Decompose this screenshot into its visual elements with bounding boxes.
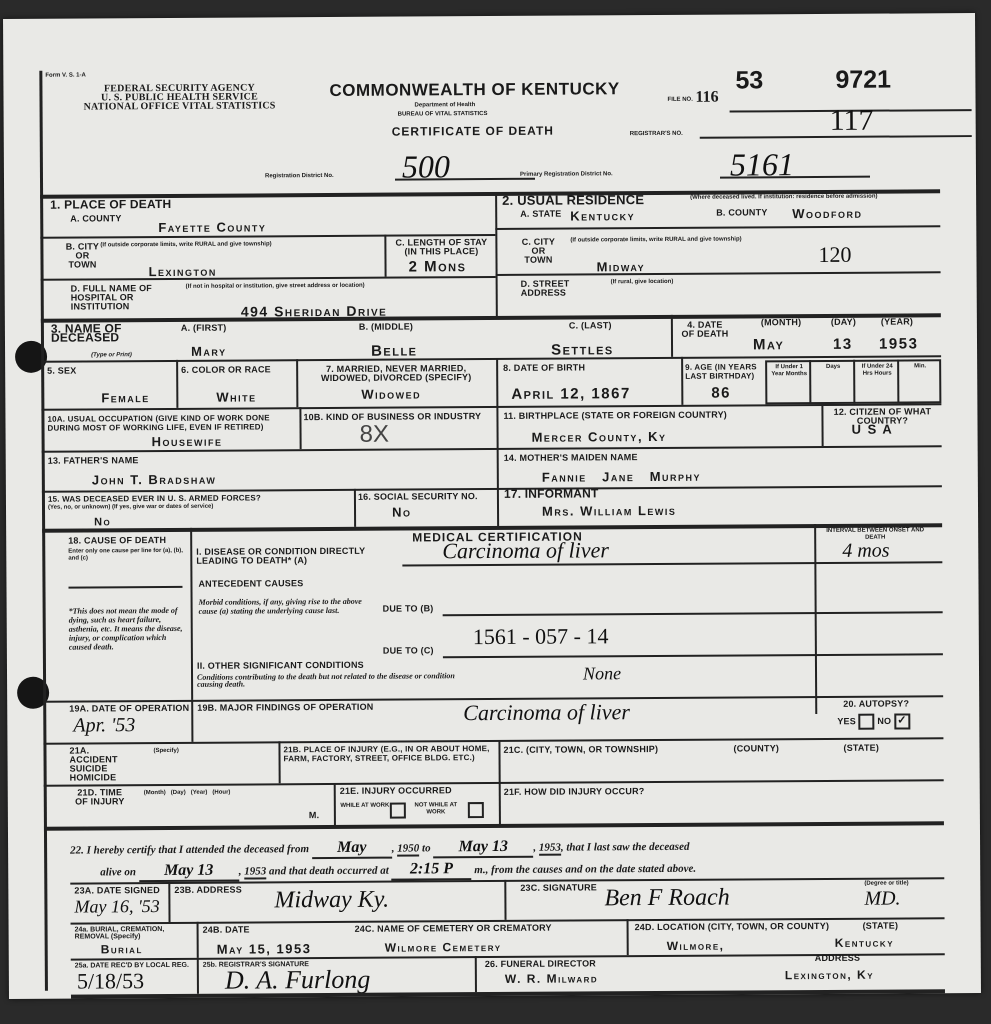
death-day: 13 bbox=[833, 336, 853, 353]
street-note: (If rural, give location) bbox=[611, 279, 674, 286]
injury-county-label: (COUNTY) bbox=[733, 744, 779, 753]
cemetery-label: 24c. NAME OF CEMETERY OR CREMATORY bbox=[355, 924, 552, 934]
occupation-value: Housewife bbox=[152, 434, 223, 449]
marital-status-value: Widowed bbox=[361, 386, 421, 401]
document-title: COMMONWEALTH OF KENTUCKY bbox=[329, 79, 619, 101]
primary-district-label: Primary Registration District No. bbox=[520, 171, 613, 179]
date-of-birth-value: April 12, 1867 bbox=[511, 385, 631, 403]
funeral-director-address: Lexington, Ky bbox=[785, 968, 874, 983]
time-of-injury-columns: (Month) (Day) (Year) (Hour) bbox=[144, 790, 231, 798]
interval-value: 4 mos bbox=[842, 540, 889, 563]
injury-state-label: (STATE) bbox=[843, 744, 879, 753]
funeral-director-value: W. R. Milward bbox=[505, 971, 598, 986]
injury-occurred-label: 21e. INJURY OCCURRED bbox=[340, 786, 452, 796]
year-label: (Year) bbox=[881, 317, 913, 326]
residence-city-note: (If outside corporate limits, write RURA… bbox=[570, 235, 910, 244]
date-of-birth-label: 8. DATE OF BIRTH bbox=[503, 363, 585, 373]
operation-date-value: Apr. '53 bbox=[73, 714, 135, 737]
attended-to-year: 1953 bbox=[539, 842, 561, 856]
armed-forces-note: (Yes, no, or unknown) (If yes, give war … bbox=[48, 503, 388, 512]
operation-findings-value: Carcinoma of liver bbox=[463, 699, 630, 726]
funeral-director-address-label: ADDRESS bbox=[815, 954, 860, 963]
length-of-stay-label: c. LENGTH OF STAY (in this place) bbox=[392, 238, 490, 257]
registrar-signature: D. A. Furlong bbox=[225, 965, 371, 996]
residence-city-label: c. CITY OR TOWN bbox=[520, 238, 556, 265]
physician-address-label: 23b. ADDRESS bbox=[174, 886, 242, 895]
physician-address-value: Midway Ky. bbox=[274, 887, 389, 915]
death-month: May bbox=[753, 336, 784, 353]
antecedent-note: Morbid conditions, if any, giving rise t… bbox=[199, 597, 369, 616]
residence-county-value: Woodford bbox=[792, 206, 862, 221]
residence-city-value: Midway bbox=[596, 259, 645, 274]
registrar-no-label: REGISTRAR'S NO. bbox=[630, 131, 683, 138]
birthplace-label: 11. BIRTHPLACE (State or foreign country… bbox=[503, 411, 727, 421]
autopsy-yes-checkbox[interactable] bbox=[859, 714, 875, 730]
attended-from-year: 1950 bbox=[397, 842, 419, 856]
institution-note: (If not in hospital or institution, give… bbox=[186, 282, 486, 291]
citizen-value: U S A bbox=[851, 422, 893, 437]
race-label: 6. COLOR OR RACE bbox=[181, 365, 271, 375]
cause-of-death-note: Enter only one cause per line for (a), (… bbox=[68, 548, 186, 563]
middle-name-label: b. (Middle) bbox=[359, 322, 413, 331]
informant-label: 17. INFORMANT bbox=[504, 489, 599, 499]
accident-specify: (Specify) bbox=[153, 748, 178, 755]
occupation-label: 10a. USUAL OCCUPATION (Give kind of work… bbox=[47, 413, 297, 433]
county-label: a. COUNTY bbox=[70, 214, 121, 223]
type-or-print-note: (Type or Print) bbox=[91, 352, 132, 359]
usual-residence-label: 2. USUAL RESIDENCE bbox=[502, 195, 644, 205]
month-label: (Month) bbox=[761, 318, 801, 327]
how-injury-label: 21f. HOW DID INJURY OCCUR? bbox=[504, 787, 645, 797]
other-conditions-label: II. OTHER SIGNIFICANT CONDITIONS bbox=[197, 661, 364, 671]
file-no-stamp-number: 9721 bbox=[835, 66, 891, 95]
disease-condition-value: Carcinoma of liver bbox=[442, 537, 609, 564]
age-value: 86 bbox=[711, 385, 731, 402]
registration-district-label: Registration District No. bbox=[265, 173, 334, 180]
antecedent-causes-label: ANTECEDENT CAUSES bbox=[198, 579, 303, 589]
death-year: 1953 bbox=[879, 335, 918, 352]
date-signed-label: 23a. DATE SIGNED bbox=[74, 886, 160, 896]
file-no-stamp-year: 53 bbox=[735, 66, 763, 95]
cemetery-value: Wilmore Cemetery bbox=[385, 940, 502, 955]
residence-city-code: 120 bbox=[818, 242, 851, 268]
burial-type-label: 24a. BURIAL, CREMATION, REMOVAL (Specify… bbox=[75, 926, 195, 941]
while-at-work-label: WHILE AT WORK bbox=[340, 803, 390, 810]
first-name-label: a. (First) bbox=[181, 324, 227, 333]
file-no-prefix: 116 bbox=[695, 89, 718, 107]
file-no-label: FILE NO. bbox=[668, 97, 693, 104]
physician-signature-label: 23c. SIGNATURE bbox=[520, 883, 597, 892]
business-value: 8X bbox=[359, 421, 389, 449]
cause-of-death-label: 18. CAUSE OF DEATH bbox=[68, 536, 166, 546]
while-at-work-checkbox[interactable] bbox=[390, 803, 406, 819]
certification-line-1: 22. I hereby certify that I attended the… bbox=[70, 835, 950, 860]
attended-from-month: May bbox=[312, 839, 392, 859]
birthplace-value: Mercer County, Ky bbox=[532, 429, 667, 445]
informant-value: Mrs. William Lewis bbox=[542, 503, 676, 519]
certificate-type: CERTIFICATE OF DEATH bbox=[392, 124, 554, 139]
last-name-value: Settles bbox=[551, 341, 614, 358]
location-value: Wilmore, bbox=[667, 939, 725, 953]
age-min-label: Min. bbox=[901, 363, 939, 370]
residence-county-label: b. COUNTY bbox=[716, 208, 767, 217]
business-label: 10b. KIND OF BUSINESS OR INDUSTRY bbox=[303, 412, 493, 422]
city-note: (If outside corporate limits, write RURA… bbox=[100, 241, 380, 250]
last-name-label: c. (Last) bbox=[569, 321, 612, 330]
due-to-c-label: DUE TO (c) bbox=[383, 646, 434, 655]
autopsy-options: YES NO ✓ bbox=[837, 713, 910, 729]
injury-city-label: 21c. (CITY, TOWN, OR TOWNSHIP) bbox=[503, 745, 658, 755]
age-days-label: Days bbox=[813, 364, 853, 371]
age-label: 9. AGE (In years last birthday) bbox=[685, 362, 765, 380]
form-number: Form V. S. 1-A bbox=[45, 72, 86, 79]
age-months-label: If Under 1 Year Months bbox=[769, 364, 809, 378]
autopsy-label: 20. AUTOPSY? bbox=[843, 699, 909, 708]
date-signed-value: May 16, '53 bbox=[74, 896, 159, 918]
county-value: Fayette County bbox=[158, 219, 266, 235]
first-name-value: Mary bbox=[191, 344, 227, 359]
institution-label: d. FULL NAME OF HOSPITAL OR INSTITUTION bbox=[71, 284, 181, 312]
not-while-at-work-label: NOT WHILE AT WORK bbox=[408, 802, 464, 816]
operation-date-label: 19a. DATE OF OPERATION bbox=[69, 704, 189, 714]
department-label: Department of Health bbox=[415, 102, 476, 109]
burial-date-label: 24b. DATE bbox=[203, 925, 250, 934]
time-of-injury-label: 21d. TIME OF INJURY bbox=[70, 788, 130, 806]
day-label: (Day) bbox=[831, 318, 856, 327]
middle-name-value: Belle bbox=[371, 342, 418, 359]
burial-type-value: Burial bbox=[101, 942, 143, 956]
other-conditions-note: Conditions contributing to the death but… bbox=[197, 672, 457, 688]
last-seen-alive-date: May 13 bbox=[139, 862, 239, 883]
social-security-label: 16. SOCIAL SECURITY NO. bbox=[358, 492, 493, 502]
place-of-death-label: 1. PLACE OF DEATH bbox=[50, 200, 171, 210]
length-of-stay-value: 2 Mons bbox=[408, 258, 466, 275]
last-seen-alive-year: 1953 bbox=[244, 865, 266, 879]
marital-status-label: 7. MARRIED, NEVER MARRIED, WIDOWED, DIVO… bbox=[301, 364, 491, 383]
time-of-death: 2:15 P bbox=[391, 860, 471, 880]
location-label: 24d. LOCATION (City, town, or county) bbox=[635, 922, 830, 932]
sex-label: 5. SEX bbox=[47, 367, 76, 376]
place-of-injury-label: 21b. PLACE OF INJURY (e.g., in or about … bbox=[283, 744, 493, 763]
physician-signature: Ben F Roach bbox=[604, 885, 729, 913]
accident-label: 21a. ACCIDENT SUICIDE HOMICIDE bbox=[69, 746, 139, 782]
autopsy-no-label: NO bbox=[877, 716, 891, 726]
operation-findings-label: 19b. MAJOR FINDINGS OF OPERATION bbox=[197, 703, 373, 713]
due-to-c-value: 1561 - 057 - 14 bbox=[473, 623, 609, 650]
state-label: a. STATE bbox=[520, 210, 561, 219]
bureau-label: BUREAU OF VITAL STATISTICS bbox=[398, 111, 488, 119]
registrar-no: 117 bbox=[830, 104, 874, 138]
father-name-label: 13. FATHER'S NAME bbox=[48, 456, 139, 466]
degree-value: MD. bbox=[864, 888, 900, 911]
autopsy-yes-label: YES bbox=[837, 716, 856, 726]
location-state-value: Kentucky bbox=[835, 936, 894, 950]
armed-forces-value: No bbox=[94, 516, 111, 528]
street-label: d. STREET ADDRESS bbox=[521, 279, 581, 297]
date-of-death-label: 4. DATE OF DEATH bbox=[681, 321, 729, 339]
cause-footnote: *This does not mean the mode of dying, s… bbox=[69, 606, 189, 652]
location-state-label: (State) bbox=[863, 922, 899, 931]
certificate-form: Form V. S. 1-A FEDERAL SECURITY AGENCYU.… bbox=[39, 65, 939, 70]
mother-name-label: 14. MOTHER'S MAIDEN NAME bbox=[504, 453, 638, 463]
other-conditions-value: None bbox=[583, 663, 621, 684]
attended-to-date: May 13 bbox=[433, 838, 533, 859]
funeral-director-label: 26. FUNERAL DIRECTOR bbox=[485, 959, 596, 969]
state-value: Kentucky bbox=[570, 208, 635, 223]
name-of-deceased-label: 3. NAME OF DECEASED bbox=[51, 324, 171, 343]
father-name-value: John T. Bradshaw bbox=[92, 472, 217, 488]
disease-condition-label: I. DISEASE OR CONDITION DIRECTLY LEADING… bbox=[196, 547, 396, 566]
time-m-label: m. bbox=[309, 811, 319, 820]
usual-residence-note: (Where deceased lived. If institution: r… bbox=[690, 193, 935, 201]
sex-value: Female bbox=[101, 390, 150, 405]
autopsy-no-checkbox[interactable]: ✓ bbox=[894, 713, 910, 729]
death-certificate-page: Form V. S. 1-A FEDERAL SECURITY AGENCYU.… bbox=[3, 13, 981, 999]
city-label: b. CITY OR TOWN bbox=[64, 242, 100, 269]
not-while-at-work-checkbox[interactable] bbox=[468, 802, 484, 818]
age-hours-label: If Under 24 Hrs Hours bbox=[857, 364, 897, 378]
burial-date-value: May 15, 1953 bbox=[217, 941, 312, 957]
race-value: White bbox=[216, 389, 256, 404]
due-to-b-label: DUE TO (b) bbox=[383, 604, 434, 613]
mother-name-value: Fannie Jane Murphy bbox=[542, 469, 701, 485]
social-security-value: No bbox=[392, 504, 411, 519]
federal-agency: FEDERAL SECURITY AGENCYU. S. PUBLIC HEAL… bbox=[49, 83, 309, 112]
date-received-value: 5/18/53 bbox=[77, 968, 144, 994]
